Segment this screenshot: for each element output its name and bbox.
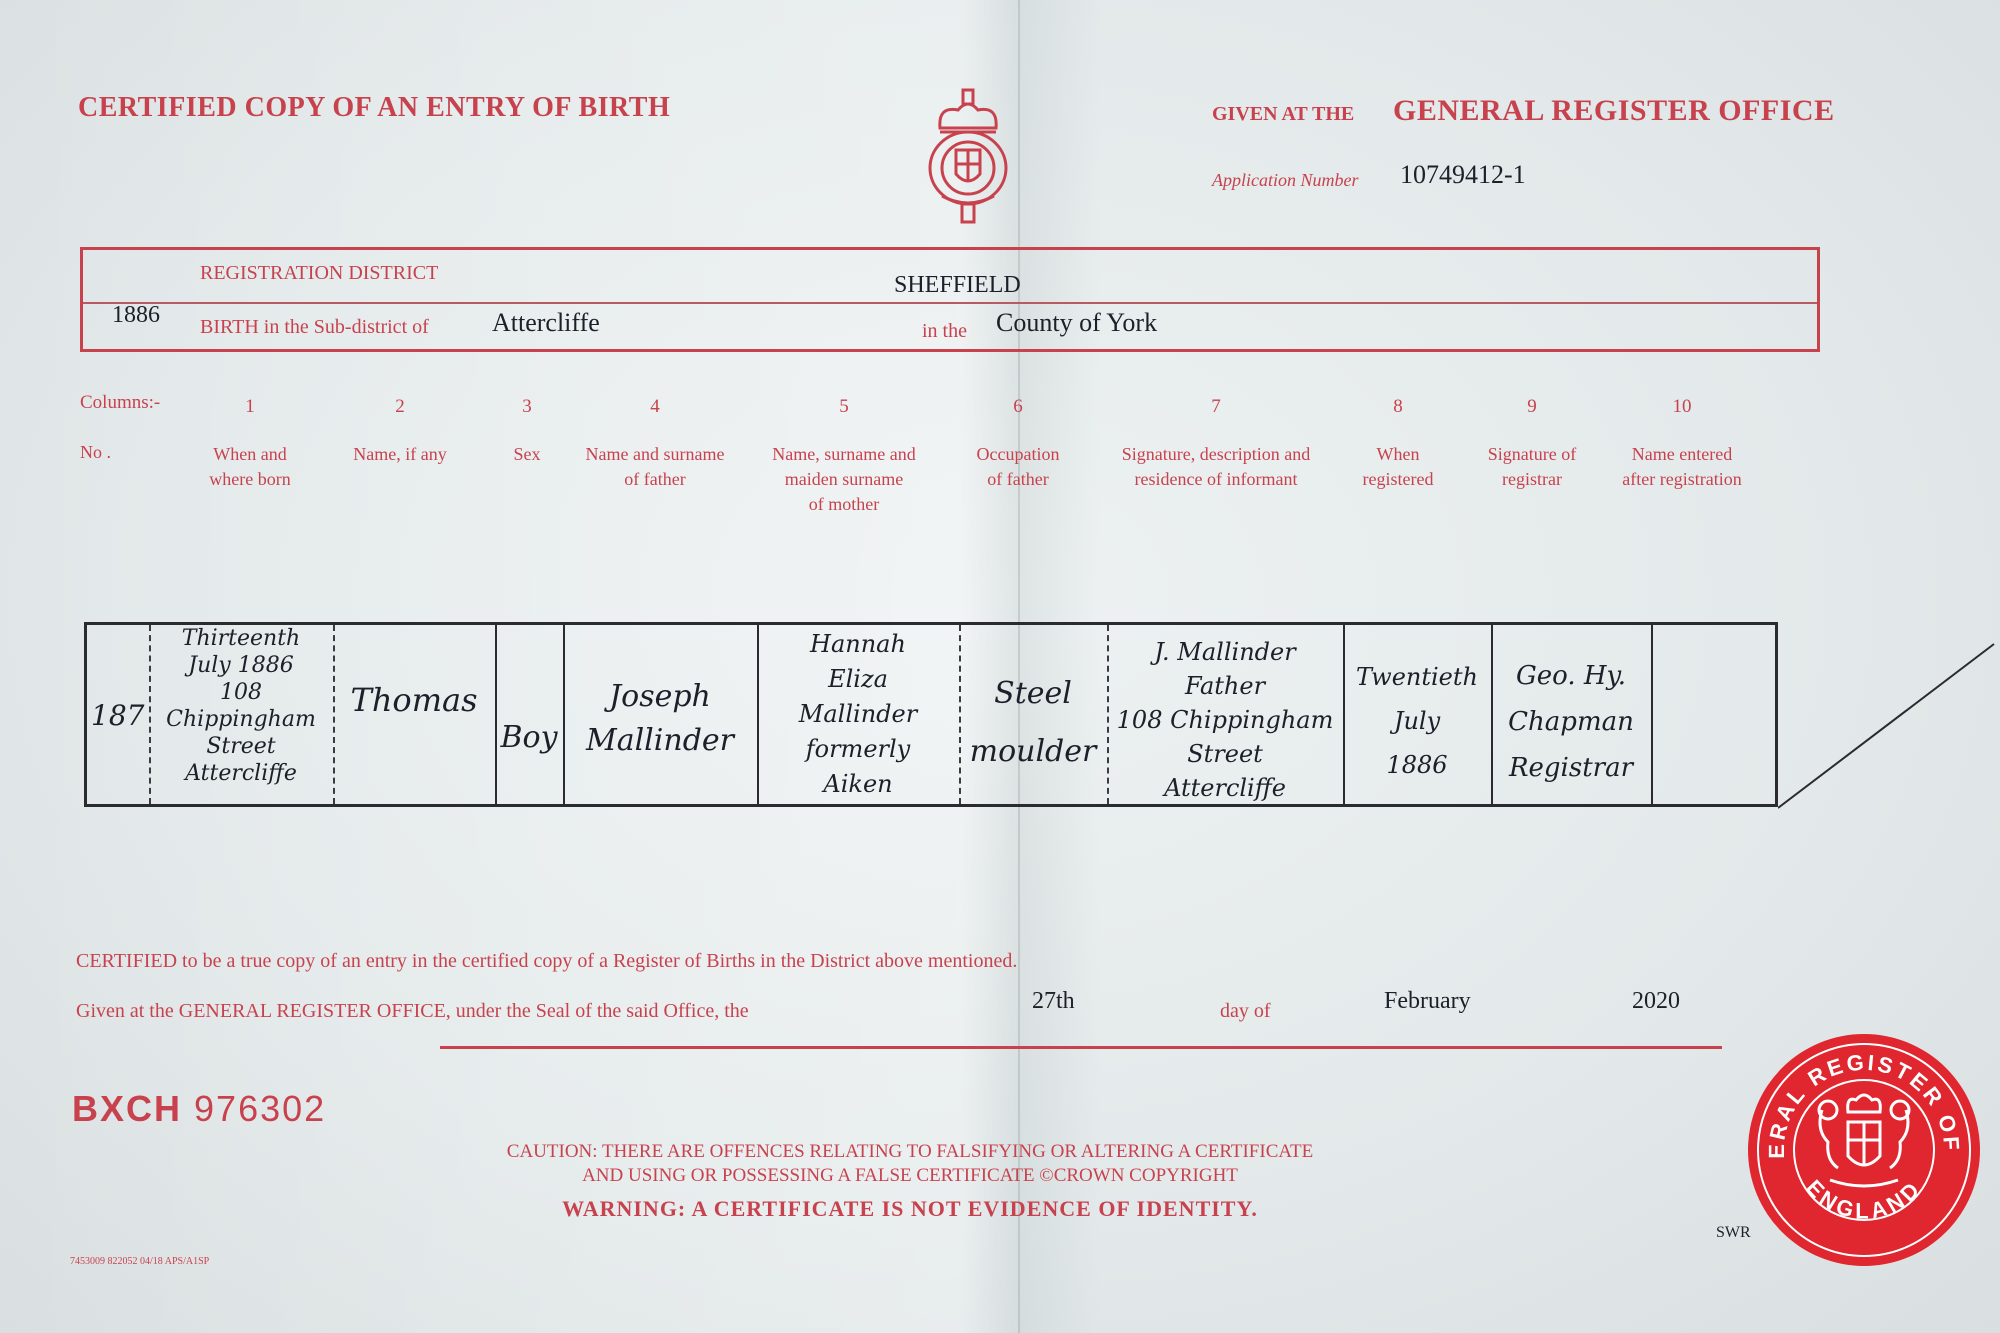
entry-father: Joseph Mallinder	[563, 675, 757, 763]
entry-table: 187 Thirteenth July 1886 108 Chippingham…	[84, 622, 1778, 807]
given-at-office: GENERAL REGISTER OFFICE	[1393, 94, 1835, 128]
column-heading: Signature, description and residence of …	[1096, 442, 1336, 492]
column-number: 1	[220, 396, 280, 418]
entry-mother: Hannah Eliza Mallinder formerly Aiken	[757, 627, 959, 802]
entry-informant: J. Mallinder Father 108 Chippingham Stre…	[1107, 635, 1343, 805]
column-heading: Name entered after registration	[1602, 442, 1762, 492]
column-heading: Name, surname and maiden surname of moth…	[754, 442, 934, 517]
certificate-title: CERTIFIED COPY OF AN ENTRY OF BIRTH	[78, 92, 670, 124]
entry-registrar-signature: Geo. Hy. Chapman Registrar	[1491, 653, 1651, 791]
caution-line-1: CAUTION: THERE ARE OFFENCES RELATING TO …	[450, 1140, 1370, 1164]
registration-district-value: SHEFFIELD	[894, 272, 1021, 299]
registration-divider	[83, 302, 1817, 304]
serial-number: 976302	[194, 1088, 326, 1129]
print-code: 7453009 822052 04/18 APS/A1SP	[70, 1256, 209, 1267]
signature-rule	[440, 1046, 1722, 1049]
column-number: 4	[625, 396, 685, 418]
given-at-prefix: GIVEN AT THE	[1212, 103, 1354, 126]
strike-through-line	[1778, 640, 1998, 810]
subdistrict-value: Attercliffe	[492, 308, 600, 338]
royal-crest-icon	[918, 88, 1018, 228]
certificate-serial: BXCH 976302	[72, 1088, 326, 1130]
column-divider	[1651, 625, 1653, 804]
entry-sex: Boy	[495, 723, 563, 753]
application-number-label: Application Number	[1212, 170, 1359, 191]
column-number: 2	[370, 396, 430, 418]
subdistrict-label: BIRTH in the Sub-district of	[200, 316, 429, 339]
column-heading: When registered	[1343, 442, 1453, 492]
gro-seal-icon: GENERAL REGISTER OFFICE ENGLAND	[1744, 1030, 1984, 1270]
given-at-statement: Given at the GENERAL REGISTER OFFICE, un…	[76, 1000, 749, 1023]
serial-prefix: BXCH	[72, 1088, 182, 1129]
identity-warning: WARNING: A CERTIFICATE IS NOT EVIDENCE O…	[450, 1196, 1370, 1222]
column-number: 5	[814, 396, 874, 418]
certification-month: February	[1384, 988, 1471, 1015]
in-the-label: in the	[922, 320, 967, 343]
column-heading: Name, if any	[330, 442, 470, 467]
column-number: 7	[1186, 396, 1246, 418]
column-number: 10	[1652, 396, 1712, 418]
entry-when-where-born: Thirteenth July 1886 108 Chippingham Str…	[149, 625, 333, 787]
entry-occupation: Steel moulder	[959, 665, 1107, 781]
columns-label: Columns:-	[80, 392, 160, 414]
county-value: County of York	[996, 308, 1157, 338]
registration-year: 1886	[112, 302, 160, 329]
entry-number: 187	[91, 701, 151, 731]
column-number: 8	[1368, 396, 1428, 418]
application-number: 10749412-1	[1400, 160, 1526, 190]
column-heading: Sex	[497, 442, 557, 467]
entry-when-registered: Twentieth July 1886	[1343, 655, 1491, 787]
column-number: 9	[1502, 396, 1562, 418]
certification-year: 2020	[1632, 988, 1680, 1015]
column-heading: When and where born	[180, 442, 320, 492]
column-heading: Occupation of father	[958, 442, 1078, 492]
caution-notice: CAUTION: THERE ARE OFFENCES RELATING TO …	[450, 1140, 1370, 1188]
column-divider	[495, 625, 497, 804]
column-number: 3	[497, 396, 557, 418]
entry-name: Thomas	[333, 685, 495, 715]
certification-day: 27th	[1032, 988, 1075, 1015]
column-number: 6	[988, 396, 1048, 418]
column-heading: Name and surname of father	[565, 442, 745, 492]
column-heading: Signature of registrar	[1467, 442, 1597, 492]
registration-district-label: REGISTRATION DISTRICT	[200, 262, 438, 285]
certification-statement: CERTIFIED to be a true copy of an entry …	[76, 950, 1017, 973]
caution-line-2: AND USING OR POSSESSING A FALSE CERTIFIC…	[450, 1164, 1370, 1188]
no-column-label: No .	[80, 442, 111, 463]
day-of-label: day of	[1220, 1000, 1271, 1023]
